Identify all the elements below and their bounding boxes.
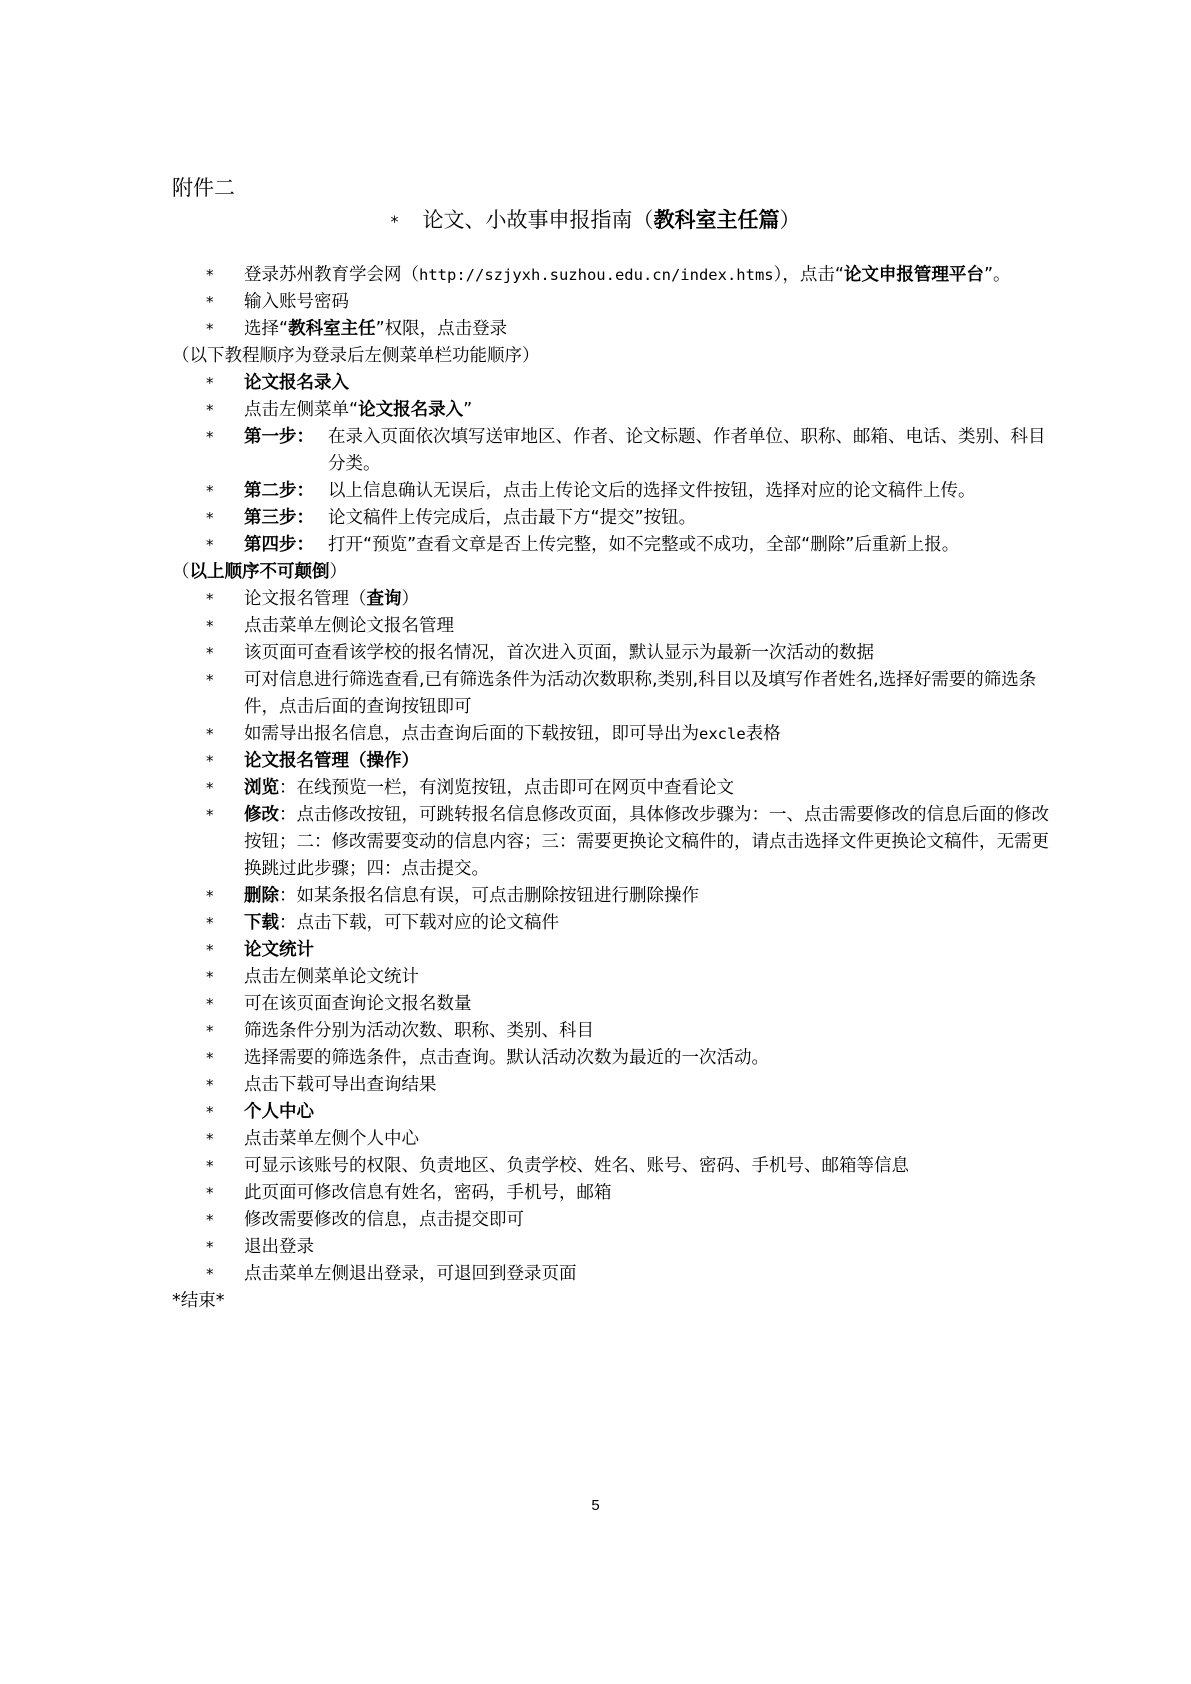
list-item: *浏览：在线预览一栏，有浏览按钮，点击即可在网页中查看论文 [172, 775, 1052, 802]
text: 点击菜单左侧退出登录，可退回到登录页面 [244, 1264, 577, 1284]
text: ：点击下载，可下载对应的论文稿件 [279, 913, 559, 933]
list-item: *选择“教科室主任”权限，点击登录 [172, 316, 1052, 343]
text: 此页面可修改信息有姓名，密码，手机号，邮箱 [244, 1183, 612, 1203]
bullet-icon: * [206, 910, 214, 937]
list-item: *筛选条件分别为活动次数、职称、类别、科目 [172, 1018, 1052, 1045]
bold-text: 删除 [244, 886, 279, 906]
bullet-icon: * [206, 586, 214, 613]
step-item: *第二步：以上信息确认无误后，点击上传论文后的选择文件按钮，选择对应的论文稿件上… [172, 478, 1052, 505]
bold-text: 论文统计 [244, 940, 314, 960]
bullet-icon: * [206, 532, 214, 559]
title-close: ） [780, 208, 801, 232]
bullet-icon: * [206, 424, 214, 451]
step-text: 打开“预览”查看文章是否上传完整，如不完整或不成功，全部“删除”后重新上报。 [244, 532, 1052, 559]
step-item: *第一步：在录入页面依次填写送审地区、作者、论文标题、作者单位、职称、邮箱、电话… [172, 424, 1052, 478]
text: 可对信息进行筛选查看,已有筛选条件为活动次数职称,类别,科目以及填写作者姓名,选… [244, 670, 1036, 717]
text: 点击左侧菜单“ [244, 400, 358, 420]
step-text: 论文稿件上传完成后，点击最下方“提交”按钮。 [244, 505, 1052, 532]
list-item: *下载：点击下载，可下载对应的论文稿件 [172, 910, 1052, 937]
list-item: *点击左侧菜单论文统计 [172, 964, 1052, 991]
list-item: *点击左侧菜单“论文报名录入” [172, 397, 1052, 424]
bold-text: 修改 [244, 805, 279, 825]
list-item: *论文报名管理（操作） [172, 748, 1052, 775]
text: （以下教程顺序为登录后左侧菜单栏功能顺序） [172, 346, 540, 366]
bullet-icon: * [206, 802, 214, 829]
bullet-icon: * [206, 721, 214, 748]
list-item: *修改：点击修改按钮，可跳转报名信息修改页面，具体修改步骤为：一、点击需要修改的… [172, 802, 1052, 883]
list-item: *输入账号密码 [172, 289, 1052, 316]
instruction-list: *登录苏州教育学会网（http://szjyxh.suzhou.edu.cn/i… [172, 262, 1052, 1315]
text: 登录苏州教育学会网（ [244, 265, 419, 285]
bullet-icon: * [206, 667, 214, 694]
text: ） [402, 589, 420, 609]
note-line: *结束* [166, 1288, 1052, 1315]
bullet-icon: * [206, 1180, 214, 1207]
bullet-icon: * [206, 613, 214, 640]
bullet-icon: * [206, 883, 214, 910]
list-item: *删除：如某条报名信息有误，可点击删除按钮进行删除操作 [172, 883, 1052, 910]
text: ），点击“ [774, 265, 844, 285]
list-item: *如需导出报名信息，点击查询后面的下载按钮，即可导出为excle表格 [172, 721, 1052, 748]
bold-text: 以上顺序不可颠倒 [190, 562, 330, 582]
text: excle [699, 725, 746, 743]
text: *结束* [172, 1291, 225, 1311]
list-item: *选择需要的筛选条件，点击查询。默认活动次数为最近的一次活动。 [172, 1045, 1052, 1072]
list-item: *论文统计 [172, 937, 1052, 964]
step-label: 第二步： [244, 478, 314, 505]
step-item: *第四步：打开“预览”查看文章是否上传完整，如不完整或不成功，全部“删除”后重新… [172, 532, 1052, 559]
list-item: *修改需要修改的信息，点击提交即可 [172, 1207, 1052, 1234]
bullet-icon: * [206, 1261, 214, 1288]
text: ”权限，点击登录 [376, 319, 508, 339]
text: 点击菜单左侧论文报名管理 [244, 616, 454, 636]
bullet-icon: * [206, 1153, 214, 1180]
bullet-icon: * [206, 478, 214, 505]
text: 点击下载可导出查询结果 [244, 1075, 437, 1095]
text: 退出登录 [244, 1237, 314, 1257]
text: http://szjyxh.suzhou.edu.cn/index.htms [419, 266, 774, 284]
list-item: *可对信息进行筛选查看,已有筛选条件为活动次数职称,类别,科目以及填写作者姓名,… [172, 667, 1052, 721]
text: 选择“ [244, 319, 288, 339]
text: 可显示该账号的权限、负责地区、负责学校、姓名、账号、密码、手机号、邮箱等信息 [244, 1156, 909, 1176]
text: 可在该页面查询论文报名数量 [244, 994, 472, 1014]
bullet-icon: * [206, 775, 214, 802]
step-label: 第一步： [244, 424, 314, 451]
text: 点击菜单左侧个人中心 [244, 1129, 419, 1149]
text: 选择需要的筛选条件，点击查询。默认活动次数为最近的一次活动。 [244, 1048, 769, 1068]
bullet-icon: * [206, 964, 214, 991]
document-title: *论文、小故事申报指南（教科室主任篇） [0, 204, 1191, 234]
bold-text: 论文报名管理（操作） [244, 751, 419, 771]
text: 输入账号密码 [244, 292, 349, 312]
list-item: *论文报名录入 [172, 370, 1052, 397]
bullet-icon: * [206, 316, 214, 343]
bold-text: 论文申报管理平台 [844, 265, 984, 285]
list-item: *个人中心 [172, 1099, 1052, 1126]
bold-text: 查询 [367, 589, 402, 609]
text: 修改需要修改的信息，点击提交即可 [244, 1210, 524, 1230]
bullet-icon: * [206, 1072, 214, 1099]
note-line: （以上顺序不可颠倒） [166, 559, 1052, 586]
bullet-icon: * [206, 1234, 214, 1261]
bullet-icon: * [206, 640, 214, 667]
list-item: *登录苏州教育学会网（http://szjyxh.suzhou.edu.cn/i… [172, 262, 1052, 289]
list-item: *退出登录 [172, 1234, 1052, 1261]
bullet-icon: * [206, 1126, 214, 1153]
bold-text: 浏览 [244, 778, 279, 798]
text: 该页面可查看该学校的报名情况，首次进入页面，默认显示为最新一次活动的数据 [244, 643, 874, 663]
bullet-icon: * [206, 1207, 214, 1234]
text: 筛选条件分别为活动次数、职称、类别、科目 [244, 1021, 594, 1041]
title-bold: 教科室主任篇 [654, 208, 780, 232]
text: 如需导出报名信息，点击查询后面的下载按钮，即可导出为 [244, 724, 699, 744]
bullet-icon: * [206, 505, 214, 532]
bullet-icon: * [206, 262, 214, 289]
title-bullet-icon: * [391, 212, 399, 231]
bold-text: 个人中心 [244, 1102, 314, 1122]
bullet-icon: * [206, 748, 214, 775]
text: ：在线预览一栏，有浏览按钮，点击即可在网页中查看论文 [279, 778, 734, 798]
bold-text: 教科室主任 [288, 319, 376, 339]
text: （ [172, 562, 190, 582]
bold-text: 论文报名录入 [244, 373, 349, 393]
bullet-icon: * [206, 289, 214, 316]
list-item: *可在该页面查询论文报名数量 [172, 991, 1052, 1018]
text: ） [330, 562, 348, 582]
step-text: 以上信息确认无误后，点击上传论文后的选择文件按钮，选择对应的论文稿件上传。 [244, 478, 1052, 505]
page-number: 5 [0, 1497, 1191, 1514]
text: ：点击修改按钮，可跳转报名信息修改页面，具体修改步骤为：一、点击需要修改的信息后… [244, 805, 1049, 879]
text: 点击左侧菜单论文统计 [244, 967, 419, 987]
list-item: *点击菜单左侧论文报名管理 [172, 613, 1052, 640]
bold-text: 下载 [244, 913, 279, 933]
list-item: *点击菜单左侧个人中心 [172, 1126, 1052, 1153]
text: 论文报名管理（ [244, 589, 367, 609]
bullet-icon: * [206, 1018, 214, 1045]
text: ” [463, 400, 472, 420]
attachment-label: 附件二 [172, 172, 235, 202]
bullet-icon: * [206, 1045, 214, 1072]
step-text: 在录入页面依次填写送审地区、作者、论文标题、作者单位、职称、邮箱、电话、类别、科… [244, 424, 1052, 478]
list-item: *点击下载可导出查询结果 [172, 1072, 1052, 1099]
list-item: *论文报名管理（查询） [172, 586, 1052, 613]
text: ”。 [984, 265, 1011, 285]
bullet-icon: * [206, 370, 214, 397]
step-label: 第三步： [244, 505, 314, 532]
bullet-icon: * [206, 397, 214, 424]
title-main: 论文、小故事申报指南（ [423, 208, 654, 232]
list-item: *点击菜单左侧退出登录，可退回到登录页面 [172, 1261, 1052, 1288]
list-item: *该页面可查看该学校的报名情况，首次进入页面，默认显示为最新一次活动的数据 [172, 640, 1052, 667]
list-item: *可显示该账号的权限、负责地区、负责学校、姓名、账号、密码、手机号、邮箱等信息 [172, 1153, 1052, 1180]
text: ：如某条报名信息有误，可点击删除按钮进行删除操作 [279, 886, 699, 906]
step-label: 第四步： [244, 532, 314, 559]
bullet-icon: * [206, 1099, 214, 1126]
step-item: *第三步：论文稿件上传完成后，点击最下方“提交”按钮。 [172, 505, 1052, 532]
list-item: *此页面可修改信息有姓名，密码，手机号，邮箱 [172, 1180, 1052, 1207]
note-line: （以下教程顺序为登录后左侧菜单栏功能顺序） [166, 343, 1052, 370]
bullet-icon: * [206, 991, 214, 1018]
document-page: 附件二 *论文、小故事申报指南（教科室主任篇） *登录苏州教育学会网（http:… [0, 0, 1191, 1684]
text: 表格 [746, 724, 781, 744]
bullet-icon: * [206, 937, 214, 964]
bold-text: 论文报名录入 [358, 400, 463, 420]
